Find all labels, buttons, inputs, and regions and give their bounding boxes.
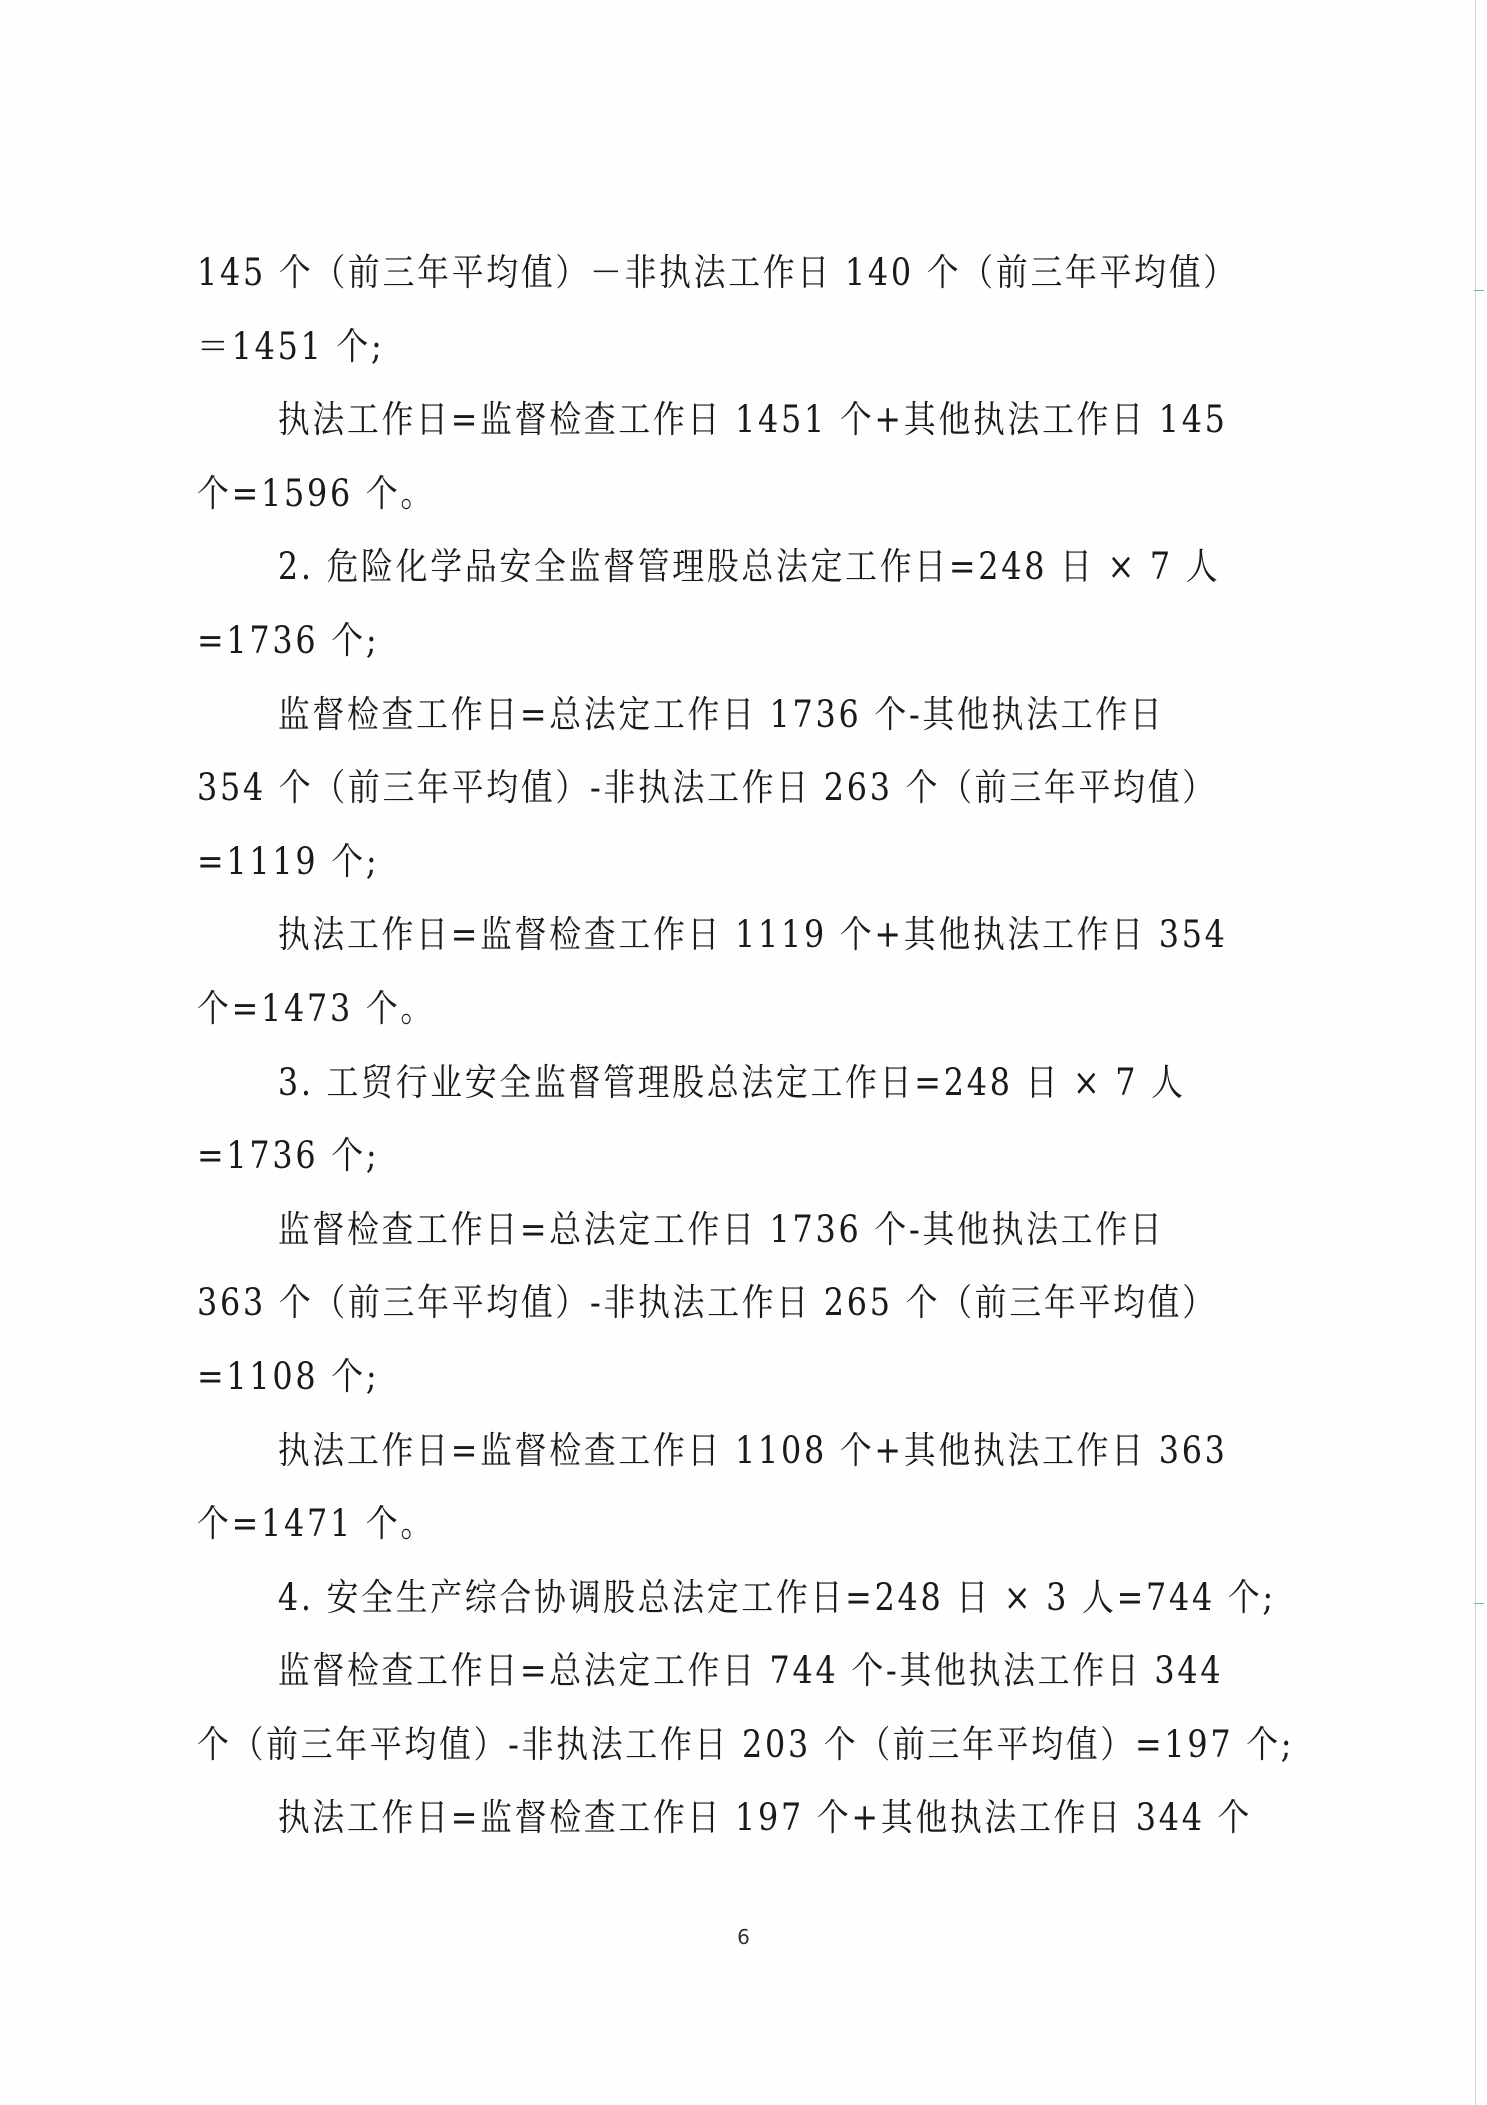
text-line: 个（前三年平均值）-非执法工作日 203 个（前三年平均值）=197 个; [197, 1708, 1128, 1782]
document-body: 145 个（前三年平均值）－非执法工作日 140 个（前三年平均值） ＝1451… [197, 236, 1280, 1855]
text-line: 个=1471 个。 [197, 1487, 1128, 1561]
paragraph-line: 监督检查工作日=总法定工作日 1736 个-其他执法工作日 [197, 678, 1128, 752]
paragraph-line: 执法工作日=监督检查工作日 1108 个+其他执法工作日 363 [197, 1414, 1128, 1488]
paragraph-line: 监督检查工作日=总法定工作日 744 个-其他执法工作日 344 [197, 1634, 1128, 1708]
text-line: 145 个（前三年平均值）－非执法工作日 140 个（前三年平均值） [197, 236, 1128, 310]
scan-edge-line [1475, 0, 1476, 2105]
section-heading-line: 3. 工贸行业安全监督管理股总法定工作日=248 日 × 7 人 [197, 1046, 1128, 1120]
paragraph-line: 执法工作日=监督检查工作日 1451 个+其他执法工作日 145 [197, 383, 1128, 457]
text-line: 363 个（前三年平均值）-非执法工作日 265 个（前三年平均值） [197, 1266, 1128, 1340]
text-line: 个=1473 个。 [197, 972, 1128, 1046]
scan-mark [1474, 1603, 1484, 1604]
text-line: =1736 个; [197, 604, 1128, 678]
document-page: 145 个（前三年平均值）－非执法工作日 140 个（前三年平均值） ＝1451… [0, 0, 1487, 2105]
text-line: ＝1451 个; [197, 310, 1128, 384]
text-line: 354 个（前三年平均值）-非执法工作日 263 个（前三年平均值） [197, 751, 1128, 825]
text-line: 个=1596 个。 [197, 457, 1128, 531]
text-line: =1119 个; [197, 825, 1128, 899]
paragraph-line: 执法工作日=监督检查工作日 1119 个+其他执法工作日 354 [197, 898, 1128, 972]
text-line: =1108 个; [197, 1340, 1128, 1414]
text-line: =1736 个; [197, 1119, 1128, 1193]
scan-mark [1474, 290, 1484, 291]
section-heading-line: 4. 安全生产综合协调股总法定工作日=248 日 × 3 人=744 个; [197, 1561, 1128, 1635]
paragraph-line: 执法工作日=监督检查工作日 197 个+其他执法工作日 344 个 [197, 1781, 1128, 1855]
page-number: 6 [0, 1925, 1487, 1949]
paragraph-line: 监督检查工作日=总法定工作日 1736 个-其他执法工作日 [197, 1193, 1128, 1267]
section-heading-line: 2. 危险化学品安全监督管理股总法定工作日=248 日 × 7 人 [197, 530, 1128, 604]
